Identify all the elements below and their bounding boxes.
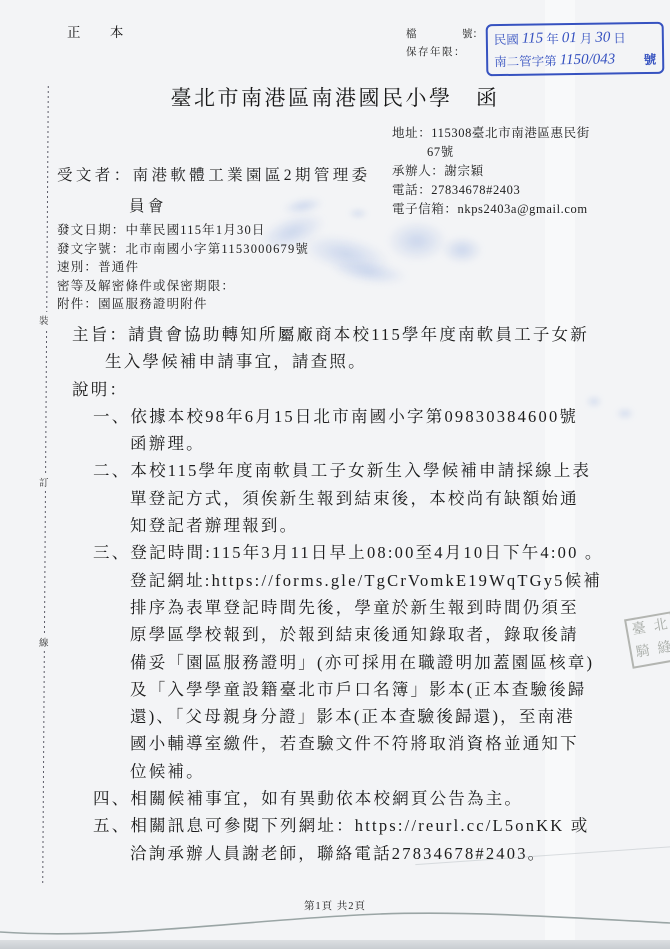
stamp-ref-number-handwritten: 1150/043 [557, 48, 619, 71]
binding-mark-ding: 訂 [39, 474, 49, 490]
recipient-line1: 受文者：南港軟體工業園區2期管理委 [57, 160, 371, 191]
secrecy-line: 密等及解密條件或保密期限： [57, 277, 309, 296]
body-line: 排序為表單登記時間先後，學童於新生報到時間仍須至 [130, 594, 652, 621]
binding-mark-zhuang: 裝 [39, 312, 49, 328]
address-line2: 67號 [427, 143, 590, 162]
stamp-day-handwritten: 30 [592, 26, 613, 48]
body-line: 五、相關訊息可參閱下列網址：https://reurl.cc/L5onKK 或 [93, 812, 652, 839]
ink-bleed-mark [386, 220, 448, 262]
body-line: 及「入學學童設籍臺北市戶口名簿」影本(正本查驗後歸 [130, 676, 652, 703]
page-number-footer: 第1頁 共2頁 [0, 898, 670, 913]
body-line: 還)、「父母親身分證」影本(正本查驗後歸還)，至南港 [130, 703, 652, 730]
issue-date-line: 發文日期：中華民國115年1月30日 [57, 221, 309, 240]
ink-bleed-mark [329, 255, 410, 290]
meta-block: 發文日期：中華民國115年1月30日 發文字號：北市南國小字第115300067… [57, 221, 309, 314]
paging-seal-stamp: 臺 北 騎 縫 [624, 611, 670, 669]
email-line: 電子信箱：nkps2403a@gmail.com [392, 200, 590, 219]
body-line: 單登記方式，須俟新生報到結束後，本校尚有缺額始通 [130, 485, 652, 512]
scanner-edge-band [0, 940, 670, 949]
phone-line: 電話：27834678#2403 [392, 181, 590, 200]
body-line: 備妥「園區服務證明」(亦可採用在職證明加蓋園區核章) [130, 649, 652, 676]
received-date-stamp: 民國 115 年 01 月 30 日 南二管字第 1150/043 號 [486, 22, 665, 76]
body-line: 二、本校115學年度南軟員工子女新生入學候補申請採線上表 [93, 457, 652, 484]
body-block: 主旨：請貴會協助轉知所屬廠商本校115學年度南軟員工子女新生入學候補申請事宜，請… [72, 321, 652, 867]
doc-number-line: 發文字號：北市南國小字第1153000679號 [57, 240, 309, 259]
body-line: 原學區學校報到，於報到結束後通知錄取者，錄取後請 [130, 621, 652, 648]
stamp-month-handwritten: 01 [559, 27, 580, 49]
body-line: 國小輔導室繳件，若查驗文件不符將取消資格並通知下 [130, 730, 652, 757]
retention-label: 保存年限： [406, 44, 483, 62]
stamp-year-handwritten: 115 [519, 27, 547, 49]
scanned-letter-page: 裝 訂 線 正 本 檔 號： 保存年限： 民國 115 年 01 月 30 日 … [0, 0, 670, 949]
ink-bleed-mark [441, 236, 483, 264]
binding-mark-xian: 線 [39, 634, 49, 650]
body-line: 登記網址:https://forms.gle/TgCrVomkE19WqTGy5… [130, 567, 652, 594]
officer-line: 承辦人：謝宗穎 [392, 162, 590, 181]
body-line: 生入學候補申請事宜，請查照。 [105, 348, 652, 375]
body-line: 說明： [72, 376, 652, 403]
body-line: 函辦理。 [130, 430, 652, 457]
copy-type-label: 正 本 [67, 21, 136, 41]
body-line: 位候補。 [130, 758, 652, 785]
attachment-line: 附件：園區服務證明附件 [57, 295, 309, 314]
stamp-ref-row: 南二管字第 1150/043 號 [494, 49, 656, 73]
recipient-line2: 員會 [129, 191, 371, 222]
recipient-block: 受文者：南港軟體工業園區2期管理委 員會 [57, 160, 371, 222]
body-line: 知登記者辦理報到。 [130, 512, 652, 539]
document-title: 臺北市南港區南港國民小學 函 [0, 82, 670, 112]
speed-line: 速別：普通件 [57, 258, 309, 277]
address-line1: 地址：115308臺北市南港區惠民街 [392, 124, 590, 143]
body-line: 三、登記時間:115年3月11日早上08:00至4月10日下午4:00 。 [93, 539, 652, 566]
body-line: 主旨：請貴會協助轉知所屬廠商本校115學年度南軟員工子女新 [72, 321, 652, 348]
contact-block: 地址：115308臺北市南港區惠民街 67號 承辦人：謝宗穎 電話：278346… [392, 124, 590, 219]
file-number-block: 檔 號： 保存年限： [406, 26, 483, 62]
body-line: 一、依據本校98年6月15日北市南國小字第09830384600號 [93, 403, 652, 430]
stamp-date-row: 民國 115 年 01 月 30 日 [494, 27, 656, 51]
body-line: 四、相關候補事宜，如有異動依本校網頁公告為主。 [93, 785, 652, 812]
file-number-label: 檔 號： [406, 26, 483, 44]
